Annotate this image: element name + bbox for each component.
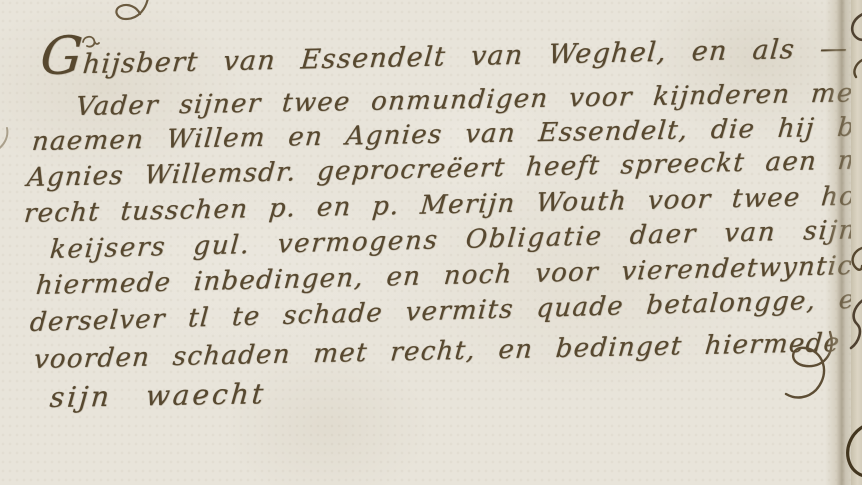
manuscript-page: Ghijsbert van Essendelt van Weghel, en a…: [0, 0, 862, 485]
facing-page-strip: [851, 0, 862, 485]
page-fold-edge: [825, 0, 853, 485]
left-margin-stroke-icon: [0, 126, 17, 156]
manuscript-line-10: sijn waecht: [49, 377, 268, 414]
cut-off-descender-stroke-icon: [112, 0, 154, 24]
manuscript-line-9: voorden schaden met recht, en bedinget h…: [33, 328, 842, 375]
manuscript-line-1: Ghijsbert van Essendelt van Weghel, en a…: [39, 33, 850, 81]
